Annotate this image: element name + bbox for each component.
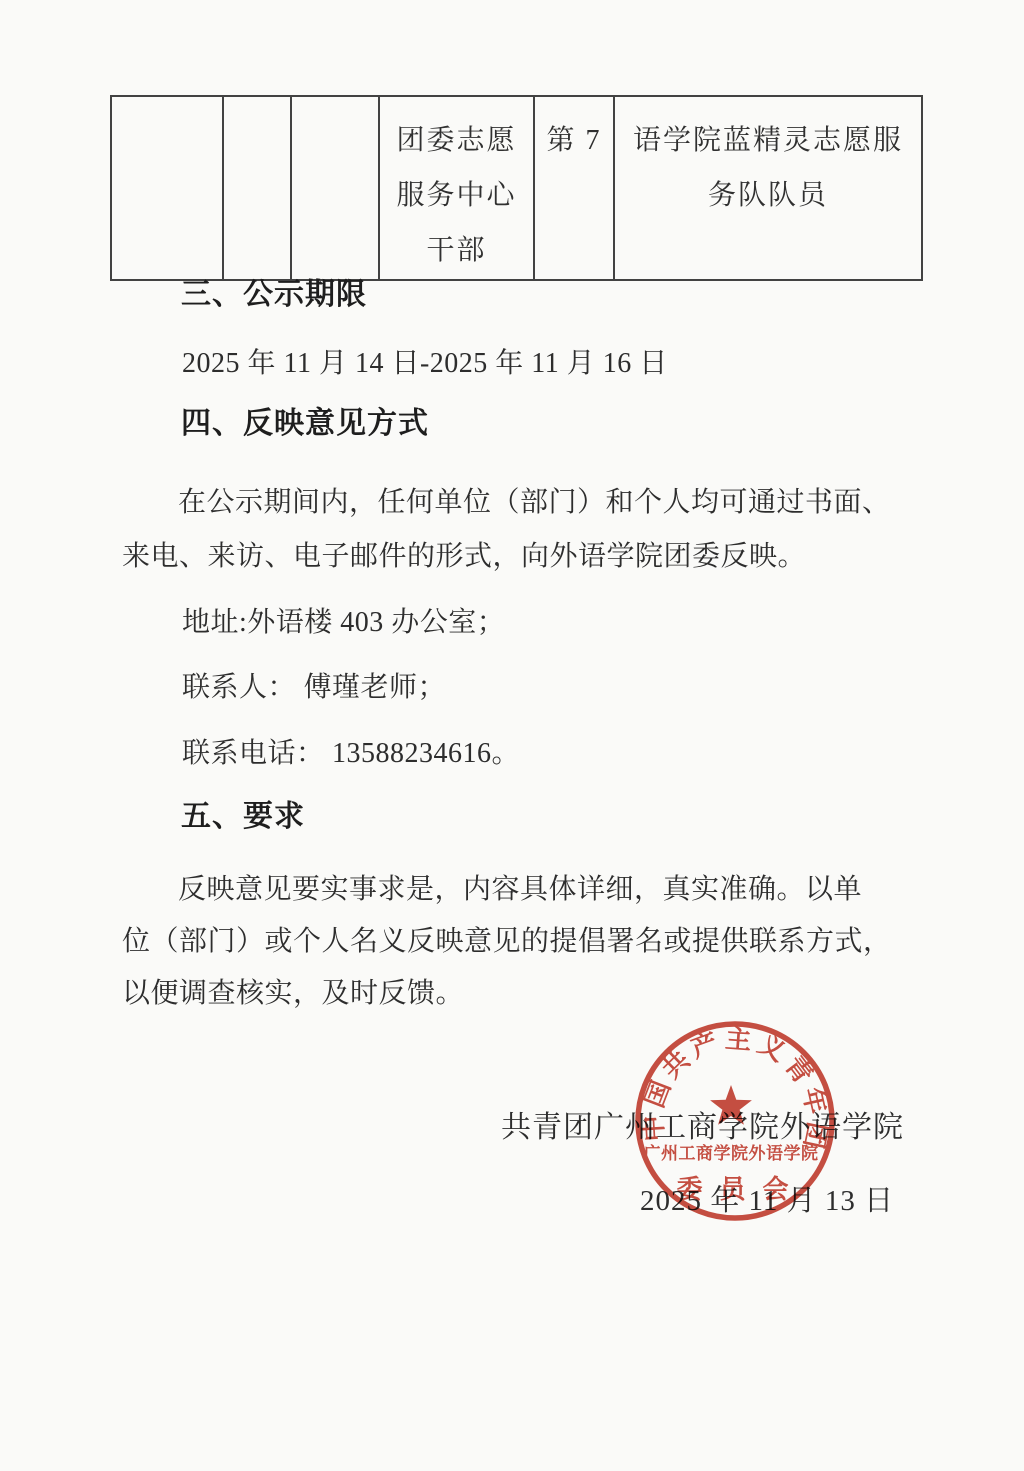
seal-arc-text: 中国共产主义青年团 — [638, 1024, 833, 1156]
publicity-period-text: 2025 年 11 月 14 日-2025 年 11 月 16 日 — [182, 347, 668, 381]
section-4-body: 在公示期间内，任何单位（部门）和个人均可通过书面、 来电、来访、电子邮件的形式，… — [122, 476, 908, 584]
seal-star-icon — [710, 1085, 752, 1125]
table-cell-team: 语学院蓝精灵志愿服 务队队员 — [614, 96, 922, 280]
section-3-heading: 三、公示期限 — [181, 278, 367, 312]
seal-org-text: 广州工商学院外语学院 — [644, 1143, 819, 1163]
section-5-heading: 五、要求 — [181, 800, 305, 834]
results-table: 团委志愿 服务中心 干部 第 7 语学院蓝精灵志愿服 务队队员 — [110, 95, 923, 281]
contact-person-line: 联系人： 傅瑾老师； — [182, 671, 446, 705]
section-4-heading: 四、反映意见方式 — [181, 407, 429, 441]
scanned-document-page: 团委志愿 服务中心 干部 第 7 语学院蓝精灵志愿服 务队队员 三、公示期限 2… — [0, 0, 1024, 1471]
table-cell-empty-2 — [223, 96, 291, 280]
table-cell-rank: 第 7 — [534, 96, 614, 280]
section-5-body: 反映意见要实事求是，内容具体详细，真实准确。以单 位（部门）或个人名义反映意见的… — [122, 864, 908, 1020]
address-line: 地址:外语楼 403 办公室； — [182, 606, 505, 640]
official-seal: 中国共产主义青年团 广州工商学院外语学院 委员会 — [631, 1017, 839, 1225]
table-row: 团委志愿 服务中心 干部 第 7 语学院蓝精灵志愿服 务队队员 — [111, 96, 922, 280]
table-cell-empty-1 — [111, 96, 223, 280]
table-cell-position: 团委志愿 服务中心 干部 — [379, 96, 534, 280]
contact-phone-line: 联系电话： 13588234616。 — [182, 737, 520, 771]
seal-committee-text: 委员会 — [676, 1174, 805, 1204]
table-cell-empty-3 — [291, 96, 379, 280]
